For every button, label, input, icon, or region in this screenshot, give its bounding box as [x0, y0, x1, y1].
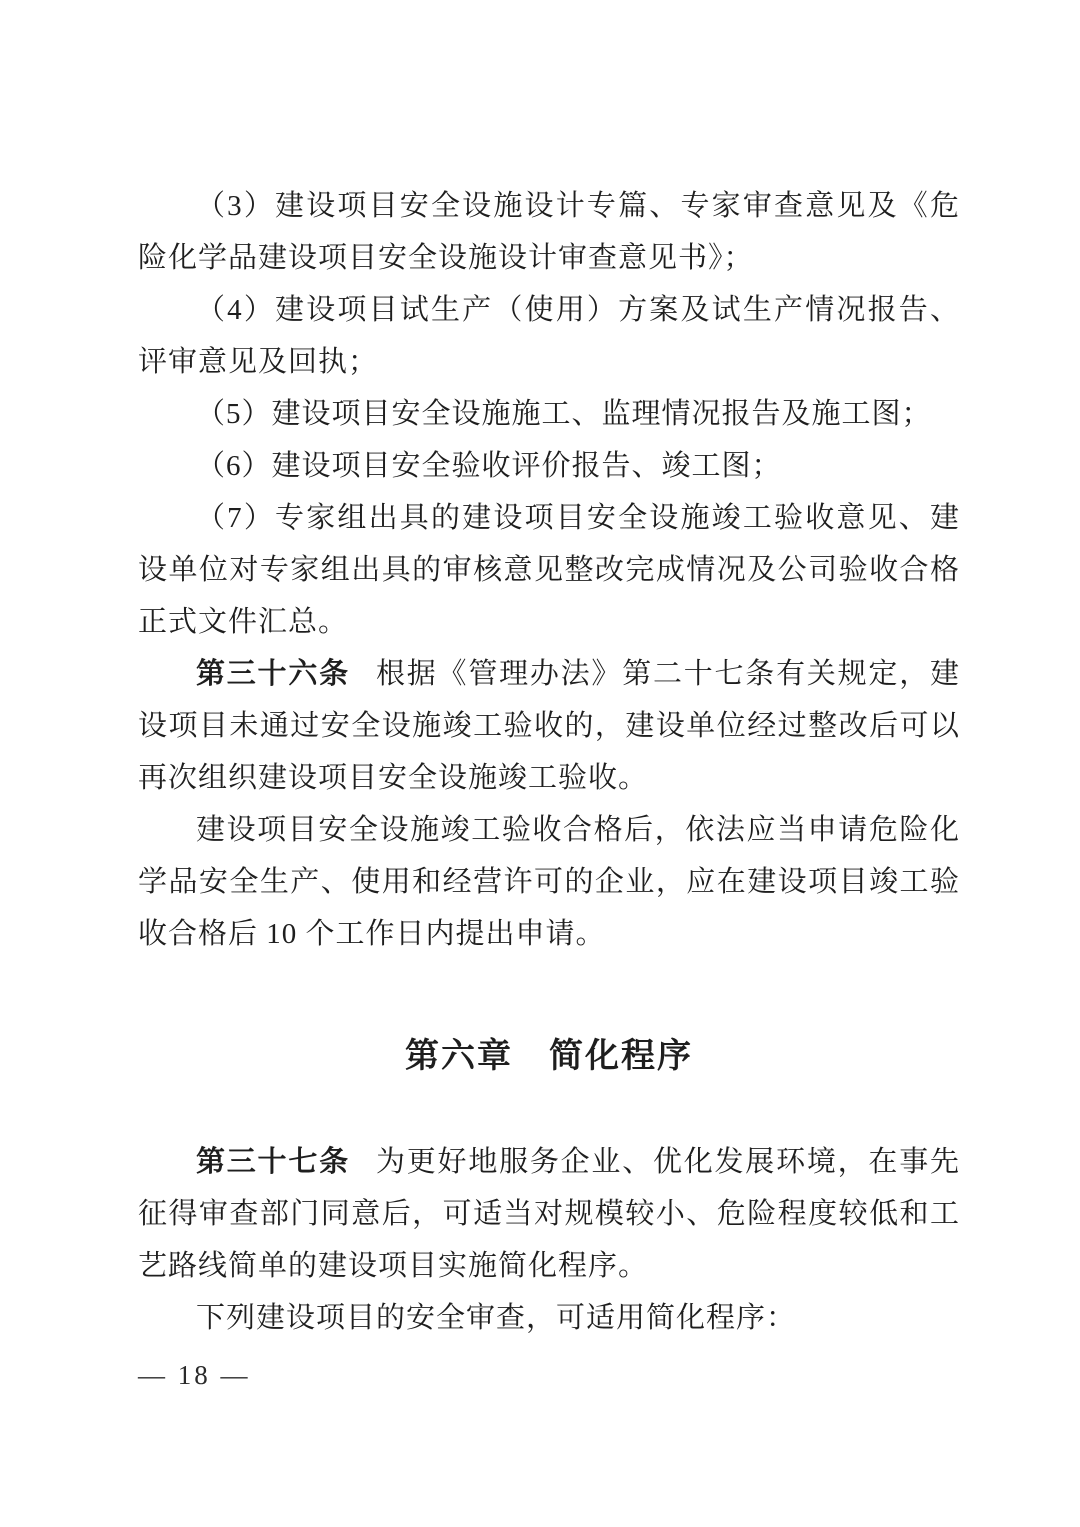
- document-page: （3）建设项目安全设施设计专篇、专家审查意见及《危险化学品建设项目安全设施设计审…: [0, 0, 1080, 1527]
- chapter-heading: 第六章 简化程序: [138, 1030, 960, 1082]
- list-item-4: （4）建设项目试生产（使用）方案及试生产情况报告、评审意见及回执；: [138, 284, 960, 388]
- list-item-6: （6）建设项目安全验收评价报告、竣工图；: [138, 440, 960, 492]
- article-36-paragraph: 第三十六条根据《管理办法》第二十七条有关规定，建设项目未通过安全设施竣工验收的，…: [138, 648, 960, 804]
- page-number: — 18 —: [138, 1358, 251, 1392]
- closing-paragraph: 下列建设项目的安全审查，可适用简化程序：: [138, 1292, 960, 1344]
- article-36-paragraph-2: 建设项目安全设施竣工验收合格后，依法应当申请危险化学品安全生产、使用和经营许可的…: [138, 804, 960, 960]
- list-item-5: （5）建设项目安全设施施工、监理情况报告及施工图；: [138, 388, 960, 440]
- page-body: （3）建设项目安全设施设计专篇、专家审查意见及《危险化学品建设项目安全设施设计审…: [138, 180, 960, 1344]
- article-37-number: 第三十七条: [196, 1146, 350, 1178]
- article-36-number: 第三十六条: [196, 658, 350, 690]
- list-item-7: （7）专家组出具的建设项目安全设施竣工验收意见、建设单位对专家组出具的审核意见整…: [138, 492, 960, 648]
- article-37-paragraph: 第三十七条为更好地服务企业、优化发展环境，在事先征得审查部门同意后，可适当对规模…: [138, 1136, 960, 1292]
- list-item-3: （3）建设项目安全设施设计专篇、专家审查意见及《危险化学品建设项目安全设施设计审…: [138, 180, 960, 284]
